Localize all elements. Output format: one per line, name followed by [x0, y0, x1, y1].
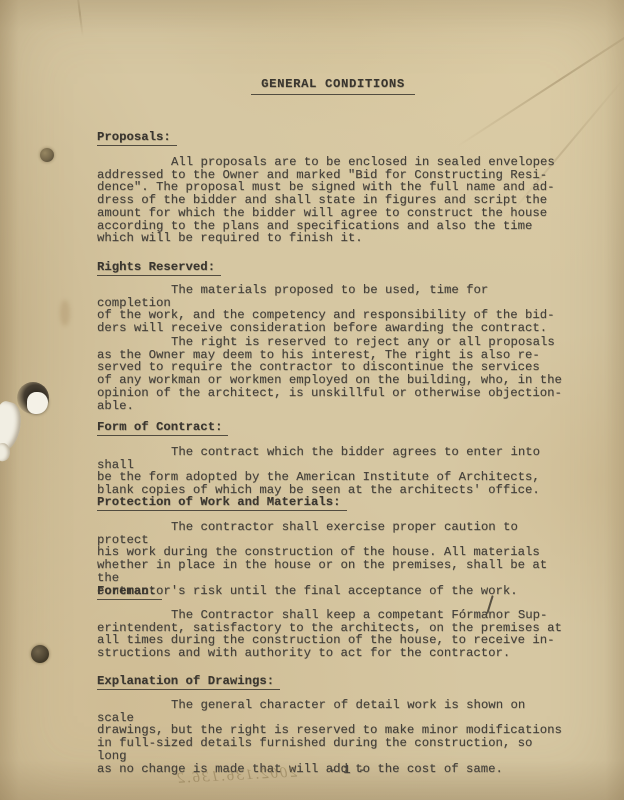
brass-fastener-top: [40, 148, 54, 162]
paragraph-proposals-1: All proposals are to be enclosed in seal…: [97, 156, 569, 245]
section-heading-rights-reserved: Rights Reserved:: [97, 261, 221, 276]
paper-crease-line: [76, 0, 83, 37]
section-heading-explanation-of-drawings: Explanation of Drawings:: [97, 675, 280, 690]
paragraph-protection-of-work-1: The contractor shall exercise proper cau…: [97, 521, 569, 597]
paper-stain: [60, 300, 70, 326]
page-title: GENERAL CONDITIONS: [251, 78, 415, 95]
section-heading-proposals: Proposals:: [97, 131, 177, 146]
page-title-row: GENERAL CONDITIONS: [97, 78, 569, 95]
tear-hole: [27, 392, 48, 414]
paragraph-rights-reserved-1: The materials proposed to be used, time …: [97, 284, 569, 335]
section-heading-form-of-contract: Form of Contract:: [97, 421, 228, 436]
section-heading-foreman: Foreman:: [97, 585, 162, 600]
paragraph-rights-reserved-2: The right is reserved to reject any or a…: [97, 336, 569, 412]
paragraph-foreman-1: The Contractor shall keep a competant Fó…: [97, 609, 569, 660]
section-heading-protection-of-work: Protection of Work and Materials:: [97, 496, 347, 511]
brass-fastener-bottom: [31, 645, 49, 663]
scanned-document-page: GENERAL CONDITIONS Proposals: All propos…: [0, 0, 624, 800]
paragraph-form-of-contract-1: The contract which the bidder agrees to …: [97, 446, 569, 497]
